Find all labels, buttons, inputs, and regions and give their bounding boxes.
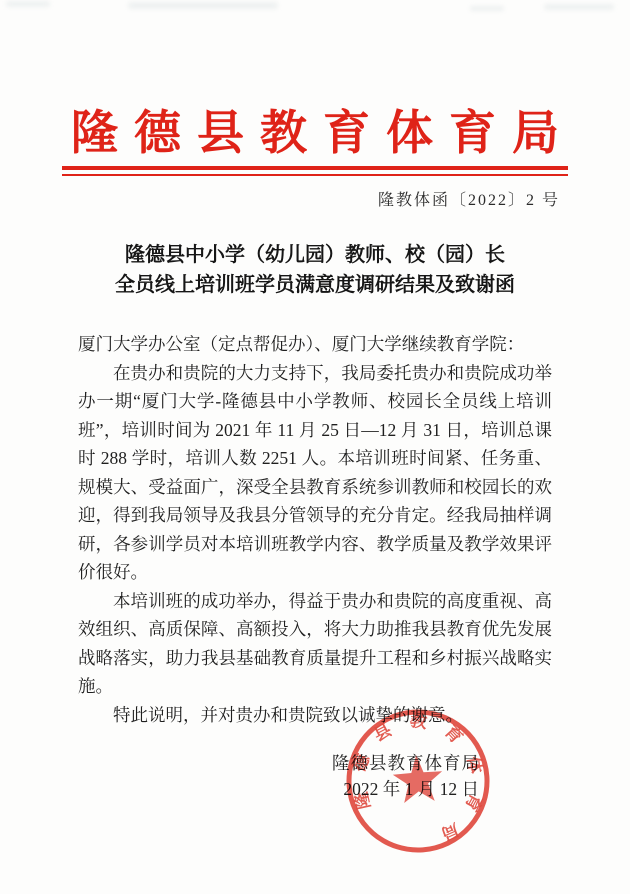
star-icon xyxy=(392,753,445,803)
red-divider-thin xyxy=(62,174,568,176)
paragraph-2: 本培训班的成功举办，得益于贵办和贵院的高度重视、高效组织、高质保障、高额投入，将… xyxy=(78,587,552,701)
document-number: 隆教体函〔2022〕2 号 xyxy=(378,187,560,210)
scan-smudge xyxy=(6,1,50,7)
document-title: 隆德县中小学（幼儿园）教师、校（园）长 全员线上培训班学员满意度调研结果及致谢函 xyxy=(0,240,630,300)
official-seal-stamp: 隆德县教育体育局 xyxy=(338,701,498,861)
agency-letterhead: 隆德县教育体育局 xyxy=(0,96,630,163)
salutation: 厦门大学办公室（定点帮促办）、厦门大学继续教育学院： xyxy=(78,330,552,359)
paragraph-1: 在贵办和贵院的大力支持下，我局委托贵办和贵院成功举办一期“厦门大学-隆德县中小学… xyxy=(78,359,552,587)
letter-body: 厦门大学办公室（定点帮促办）、厦门大学继续教育学院： 在贵办和贵院的大力支持下，… xyxy=(78,330,552,729)
scan-smudge xyxy=(470,6,504,11)
scan-smudge xyxy=(128,2,278,9)
document-title-line1: 隆德县中小学（幼儿园）教师、校（园）长 xyxy=(0,240,630,270)
red-divider-thick xyxy=(62,166,568,170)
scan-smudge xyxy=(544,4,614,10)
document-title-line2: 全员线上培训班学员满意度调研结果及致谢函 xyxy=(0,270,630,300)
official-seal-graphic: 隆德县教育体育局 xyxy=(338,701,498,861)
scanned-letter-page: 隆德县教育体育局 隆教体函〔2022〕2 号 隆德县中小学（幼儿园）教师、校（园… xyxy=(0,0,630,894)
